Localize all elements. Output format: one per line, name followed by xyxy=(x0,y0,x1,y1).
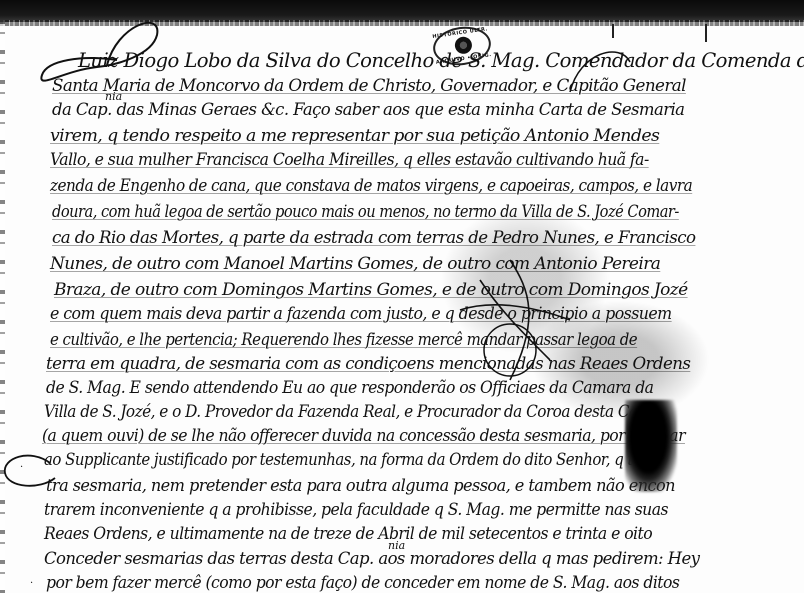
manuscript-line: trarem inconveniente q a prohibisse, pel… xyxy=(44,500,668,520)
manuscript-line: Braza, de outro com Domingos Martins Gom… xyxy=(54,280,688,300)
manuscript-line: de S. Mag. E sendo attendendo Eu ao que … xyxy=(46,378,653,398)
manuscript-line: Villa de S. Jozé, e o D. Provedor da Faz… xyxy=(44,402,651,422)
manuscript-line: Nunes, de outro com Manoel Martins Gomes… xyxy=(50,254,660,274)
manuscript-line: da Cap. das Minas Geraes &c. Faço saber … xyxy=(52,100,684,120)
manuscript-line: zenda de Engenho de cana, que constava d… xyxy=(50,176,692,196)
manuscript-line: Vallo, e sua mulher Francisca Coelha Mir… xyxy=(50,150,649,170)
manuscript-line: terra em quadra, de sesmaria com as cond… xyxy=(46,354,690,374)
manuscript-line: tra sesmaria, nem pretender esta para ou… xyxy=(46,476,675,496)
manuscript-line: ao Supplicante justificado por testemunh… xyxy=(44,450,650,470)
manuscript-line: Conceder sesmarias das terras desta Cap.… xyxy=(44,549,699,569)
manuscript-line: e cultivão, e lhe pertencia; Requerendo … xyxy=(50,330,637,350)
ink-blot xyxy=(625,400,677,492)
manuscript-line: ca do Rio das Mortes, q parte da estrada… xyxy=(52,228,695,248)
manuscript-line: e com quem mais deva partir a fazenda co… xyxy=(50,304,672,324)
manuscript-line: Santa Maria de Moncorvo da Ordem de Chri… xyxy=(52,76,686,96)
margin-dot: · xyxy=(20,462,23,473)
manuscript-line: doura, com huã legoa de sertão pouco mai… xyxy=(52,202,679,222)
manuscript-text-body: Luiz Diogo Lobo da Silva do Concelho de … xyxy=(0,0,804,593)
manuscript-line: Luiz Diogo Lobo da Silva do Concelho de … xyxy=(78,48,804,72)
margin-dot: · xyxy=(30,578,33,589)
manuscript-page: HISTÓRICO ULTR. ARQUIVO • ORIG. Luiz Dio… xyxy=(0,0,804,593)
superscript-abbreviation: nia xyxy=(388,539,405,552)
manuscript-line: Reaes Ordens, e ultimamente na de treze … xyxy=(44,524,652,544)
manuscript-line: (a quem ouvi) de se lhe não offerecer du… xyxy=(42,426,685,446)
manuscript-line: virem, q tendo respeito a me representar… xyxy=(50,126,659,146)
manuscript-line: por bem fazer mercê (como por esta faço)… xyxy=(46,573,679,593)
